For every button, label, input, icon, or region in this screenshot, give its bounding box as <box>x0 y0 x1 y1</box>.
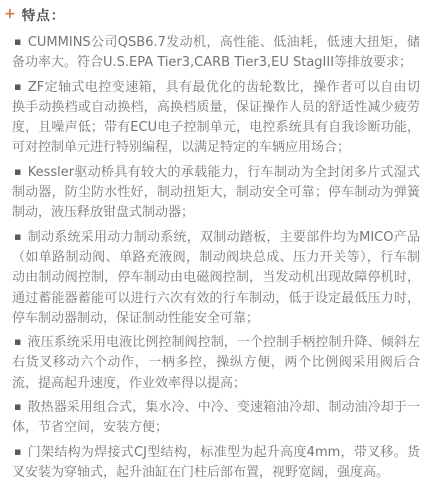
feature-text: 门架结构为焊接式CJ型结构，标准型为起升高度4mm，带叉移。货叉安装为穿轴式，起… <box>12 445 420 479</box>
bullet-icon: ▪ <box>14 35 22 48</box>
feature-item: ▪CUMMINS公司QSB6.7发动机，高性能、低油耗，低速大扭矩，储备功率大。… <box>12 33 420 74</box>
section-header: + 特点： <box>4 2 420 33</box>
feature-text: 散热器采用组合式，集水冷、中冷、变速箱油冷却、制动油冷却于一体，节省空间，安装方… <box>12 400 420 435</box>
bullet-icon: ▪ <box>14 165 22 178</box>
feature-item: ▪Kessler驱动桥具有较大的承载能力，行车制动为全封闭多片式湿式制动器，防尘… <box>12 163 420 224</box>
feature-text: Kessler驱动桥具有较大的承载能力，行车制动为全封闭多片式湿式制动器，防尘防… <box>12 165 420 221</box>
section-title: 特点： <box>22 4 66 24</box>
feature-text: 制动系统采用动力制动系统，双制动踏板，主要部件均为MICO产品（如单路制动阀、单… <box>12 230 420 326</box>
bullet-icon: ▪ <box>14 80 22 93</box>
bullet-icon: ▪ <box>14 400 22 413</box>
feature-text: ZF定轴式电控变速箱，具有最优化的齿轮数比，操作者可以自由切换手动换档或自动换档… <box>12 80 420 156</box>
feature-item: ▪液压系统采用电液比例控制阀控制，一个控制手柄控制升降、倾斜左右货叉移动六个动作… <box>12 333 420 394</box>
feature-text: CUMMINS公司QSB6.7发动机，高性能、低油耗，低速大扭矩，储备功率大。符… <box>12 35 420 70</box>
bullet-icon: ▪ <box>14 445 22 458</box>
feature-item: ▪散热器采用组合式，集水冷、中冷、变速箱油冷却、制动油冷却于一体，节省空间，安装… <box>12 398 420 439</box>
feature-list: ▪CUMMINS公司QSB6.7发动机，高性能、低油耗，低速大扭矩，储备功率大。… <box>12 33 420 479</box>
bullet-icon: ▪ <box>14 335 22 348</box>
feature-text: 液压系统采用电液比例控制阀控制，一个控制手柄控制升降、倾斜左右货叉移动六个动作，… <box>12 335 420 391</box>
feature-item: ▪制动系统采用动力制动系统，双制动踏板，主要部件均为MICO产品（如单路制动阀、… <box>12 228 420 329</box>
feature-item: ▪ZF定轴式电控变速箱，具有最优化的齿轮数比，操作者可以自由切换手动换档或自动换… <box>12 78 420 159</box>
bullet-icon: ▪ <box>14 230 22 243</box>
feature-item: ▪门架结构为焊接式CJ型结构，标准型为起升高度4mm，带叉移。货叉安装为穿轴式，… <box>12 443 420 479</box>
features-panel: + 特点： ▪CUMMINS公司QSB6.7发动机，高性能、低油耗，低速大扭矩，… <box>0 0 432 479</box>
plus-icon: + <box>4 7 16 21</box>
